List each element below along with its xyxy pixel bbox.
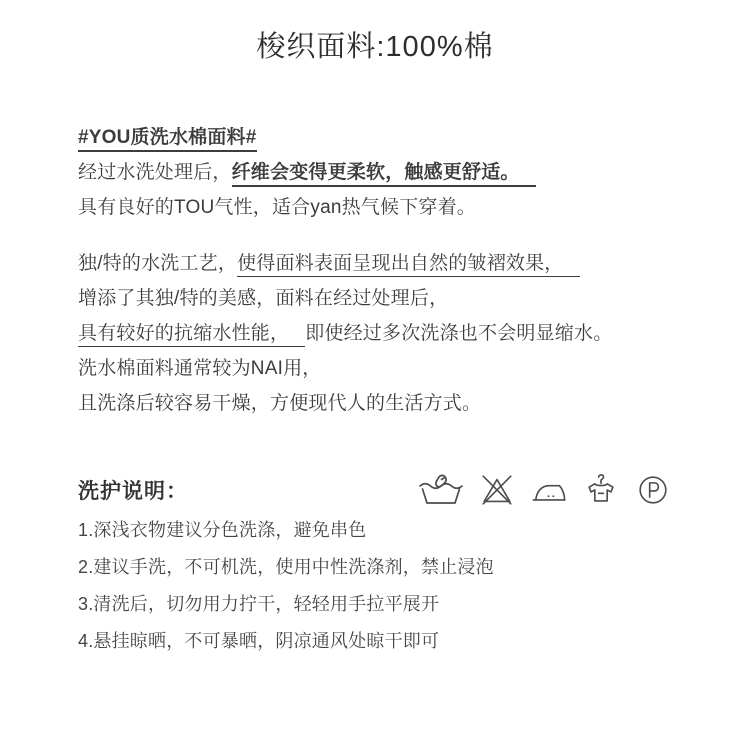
care-instruction-list: 1.深浅衣物建议分色洗涤，避免串色2.建议手洗，不可机洗，使用中性洗涤剂，禁止浸… <box>78 512 672 660</box>
text-line: 洗水棉面料通常较为NAI用， <box>78 351 672 386</box>
text-segment: 独/特的水洗工艺， <box>78 253 237 274</box>
text-segment: 洗水棉面料通常较为NAI用， <box>78 358 321 379</box>
care-instruction: 3.清洗后，切勿用力拧干，轻轻用手拉平展开 <box>78 586 672 623</box>
text-segment: 具有良好的TOU气性，适合yan热气候下穿着。 <box>78 197 476 218</box>
page-title: 梭织面料:100%棉 <box>0 30 750 64</box>
text-segment: 增添了其独/特的美感，面料在经过处理后， <box>78 288 448 309</box>
care-heading: 洗护说明： <box>78 475 188 505</box>
text-line: 且洗涤后较容易干燥，方便现代人的生活方式。 <box>78 386 672 421</box>
text-line: 增添了其独/特的美感，面料在经过处理后， <box>78 281 672 316</box>
text-segment: #YOU质洗水棉面料# <box>78 127 257 152</box>
text-line: 经过水洗处理后，纤维会变得更柔软，触感更舒适。 <box>78 155 672 190</box>
care-header: 洗护说明： <box>78 470 672 510</box>
fabric-description: #YOU质洗水棉面料#经过水洗处理后，纤维会变得更柔软，触感更舒适。具有良好的T… <box>78 120 672 421</box>
text-line: #YOU质洗水棉面料# <box>78 120 672 155</box>
paragraph: 独/特的水洗工艺，使得面料表面呈现出自然的皱褶效果，增添了其独/特的美感，面料在… <box>78 246 672 421</box>
text-segment: 使得面料表面呈现出自然的皱褶效果， <box>237 253 579 277</box>
hang-dry-icon <box>582 470 620 510</box>
text-segment: 经过水洗处理后， <box>78 162 232 183</box>
iron-icon <box>530 471 568 509</box>
hand-wash-icon <box>418 471 464 509</box>
care-instruction: 2.建议手洗，不可机洗，使用中性洗涤剂，禁止浸泡 <box>78 549 672 586</box>
do-not-bleach-icon <box>478 471 516 509</box>
text-segment: 具有较好的抗缩水性能， <box>78 323 305 347</box>
paragraph: #YOU质洗水棉面料#经过水洗处理后，纤维会变得更柔软，触感更舒适。具有良好的T… <box>78 120 672 225</box>
laundry-icon-row <box>418 470 672 510</box>
product-fabric-detail-page: 梭织面料:100%棉 #YOU质洗水棉面料#经过水洗处理后，纤维会变得更柔软，触… <box>0 0 750 738</box>
professional-dry-clean-p-icon <box>634 471 672 509</box>
text-segment: 且洗涤后较容易干燥，方便现代人的生活方式。 <box>78 393 481 414</box>
care-instruction: 4.悬挂晾晒，不可暴晒，阴凉通风处晾干即可 <box>78 623 672 660</box>
text-segment: 即使经过多次洗涤也不会明显缩水。 <box>305 323 612 344</box>
text-line: 具有良好的TOU气性，适合yan热气候下穿着。 <box>78 190 672 225</box>
text-line: 独/特的水洗工艺，使得面料表面呈现出自然的皱褶效果， <box>78 246 672 281</box>
text-line: 具有较好的抗缩水性能，即使经过多次洗涤也不会明显缩水。 <box>78 316 672 351</box>
text-segment: 纤维会变得更柔软，触感更舒适。 <box>232 162 536 187</box>
care-instruction: 1.深浅衣物建议分色洗涤，避免串色 <box>78 512 672 549</box>
care-section: 洗护说明： <box>78 470 672 660</box>
